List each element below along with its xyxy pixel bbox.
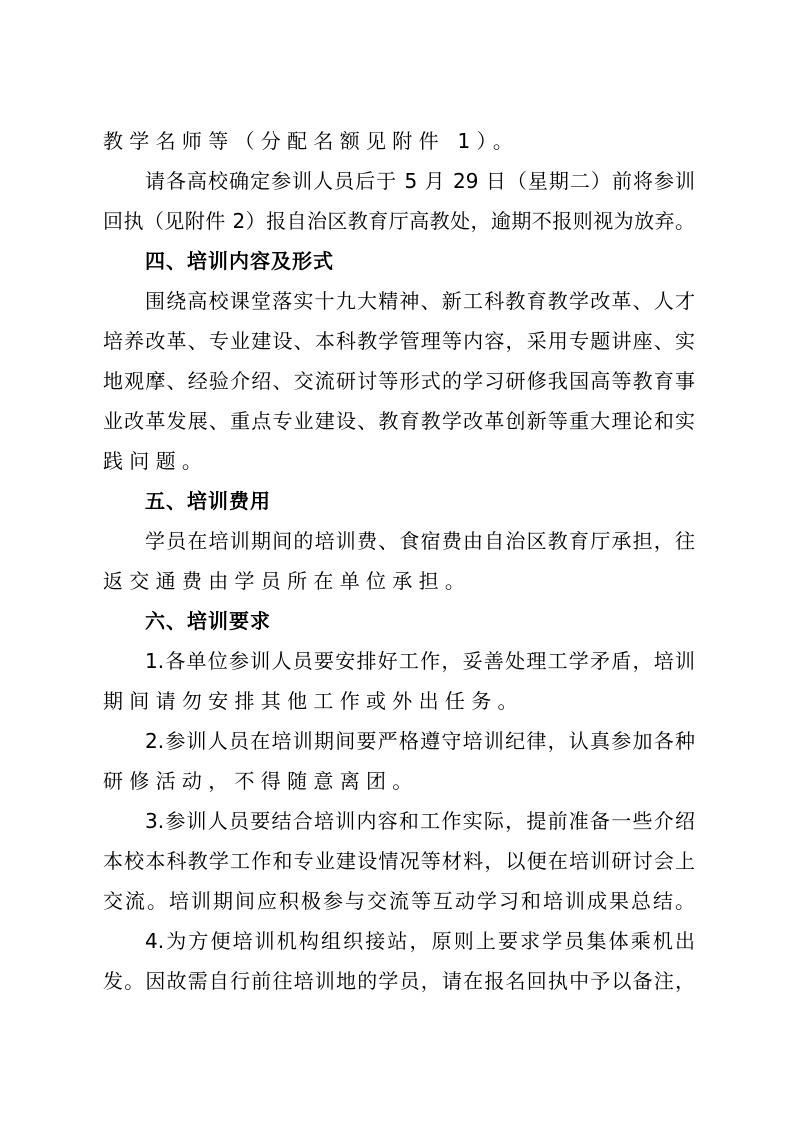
paragraph-line: 践问题。 bbox=[103, 441, 695, 481]
paragraph-line: 研修活动，不得随意离团。 bbox=[103, 761, 695, 801]
paragraph-line: 交流。培训期间应积极参与交流等互动学习和培训成果总结。 bbox=[103, 881, 695, 921]
paragraph-line: 发。因故需自行前往培训地的学员，请在报名回执中予以备注， bbox=[103, 961, 695, 1001]
paragraph-line: 返交通费由学员所在单位承担。 bbox=[103, 561, 695, 601]
paragraph-line: 请各高校确定参训人员后于 5 月 29 日（星期二）前将参训 bbox=[103, 161, 695, 201]
paragraph-line: 地观摩、经验介绍、交流研讨等形式的学习研修我国高等教育事 bbox=[103, 361, 695, 401]
document-page: 教学名师等（分配名额见附件 1）。 请各高校确定参训人员后于 5 月 29 日（… bbox=[103, 121, 695, 1001]
paragraph-line: 期间请勿安排其他工作或外出任务。 bbox=[103, 681, 695, 721]
paragraph-line: 回执（见附件 2）报自治区教育厅高教处，逾期不报则视为放弃。 bbox=[103, 201, 695, 241]
section-heading: 六、培训要求 bbox=[103, 601, 695, 641]
paragraph-line: 2.参训人员在培训期间要严格遵守培训纪律，认真参加各种 bbox=[103, 721, 695, 761]
section-heading: 四、培训内容及形式 bbox=[103, 241, 695, 281]
section-heading: 五、培训费用 bbox=[103, 481, 695, 521]
paragraph-line: 围绕高校课堂落实十九大精神、新工科教育教学改革、人才 bbox=[103, 281, 695, 321]
paragraph-line: 业改革发展、重点专业建设、教育教学改革创新等重大理论和实 bbox=[103, 401, 695, 441]
paragraph-line: 学员在培训期间的培训费、食宿费由自治区教育厅承担，往 bbox=[103, 521, 695, 561]
paragraph-line: 教学名师等（分配名额见附件 1）。 bbox=[103, 121, 695, 161]
paragraph-line: 3.参训人员要结合培训内容和工作实际，提前准备一些介绍 bbox=[103, 801, 695, 841]
paragraph-line: 4.为方便培训机构组织接站，原则上要求学员集体乘机出 bbox=[103, 921, 695, 961]
paragraph-line: 1.各单位参训人员要安排好工作，妥善处理工学矛盾，培训 bbox=[103, 641, 695, 681]
paragraph-line: 培养改革、专业建设、本科教学管理等内容，采用专题讲座、实 bbox=[103, 321, 695, 361]
paragraph-line: 本校本科教学工作和专业建设情况等材料，以便在培训研讨会上 bbox=[103, 841, 695, 881]
